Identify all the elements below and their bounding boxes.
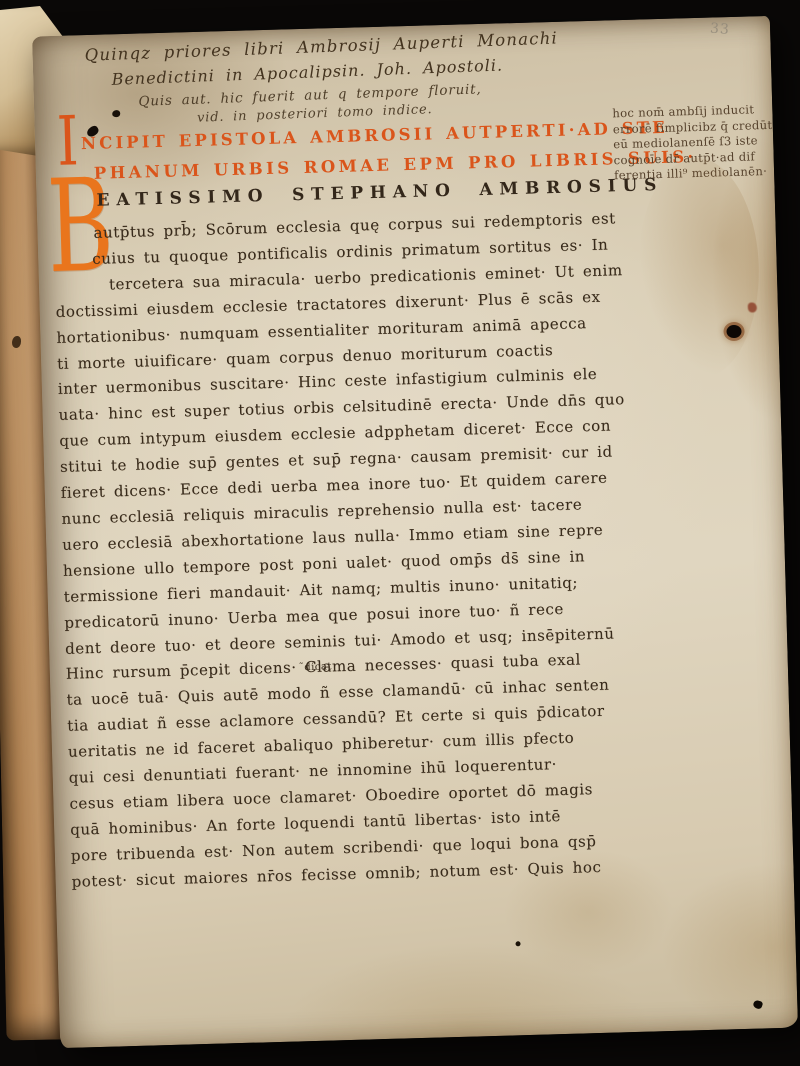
dark-speck — [752, 999, 763, 1009]
folio-number: 33 — [710, 21, 731, 38]
body-text-block: autp̄tus prb̄; Scōrum ecclesia quę corpu… — [53, 205, 668, 895]
manuscript-photo: { "manuscript": { "folio_number": "33", … — [0, 0, 800, 1066]
rubric-line: NCIPIT EPISTOLA AMBROSII AUTPERTI·AD STE — [81, 118, 668, 153]
red-stain — [748, 302, 757, 312]
page-content: 33 Quinqz priores libri Ambrosij Auperti… — [32, 16, 798, 1048]
parchment-page: 33 Quinqz priores libri Ambrosij Auperti… — [32, 16, 798, 1048]
ink-dot — [515, 941, 520, 946]
head-annotation: Quinqz priores libri Ambrosij Auperti Mo… — [32, 13, 770, 40]
water-stain — [636, 156, 762, 379]
ink-blot — [112, 110, 120, 117]
interlinear-correction: ˜dicat — [299, 661, 332, 673]
